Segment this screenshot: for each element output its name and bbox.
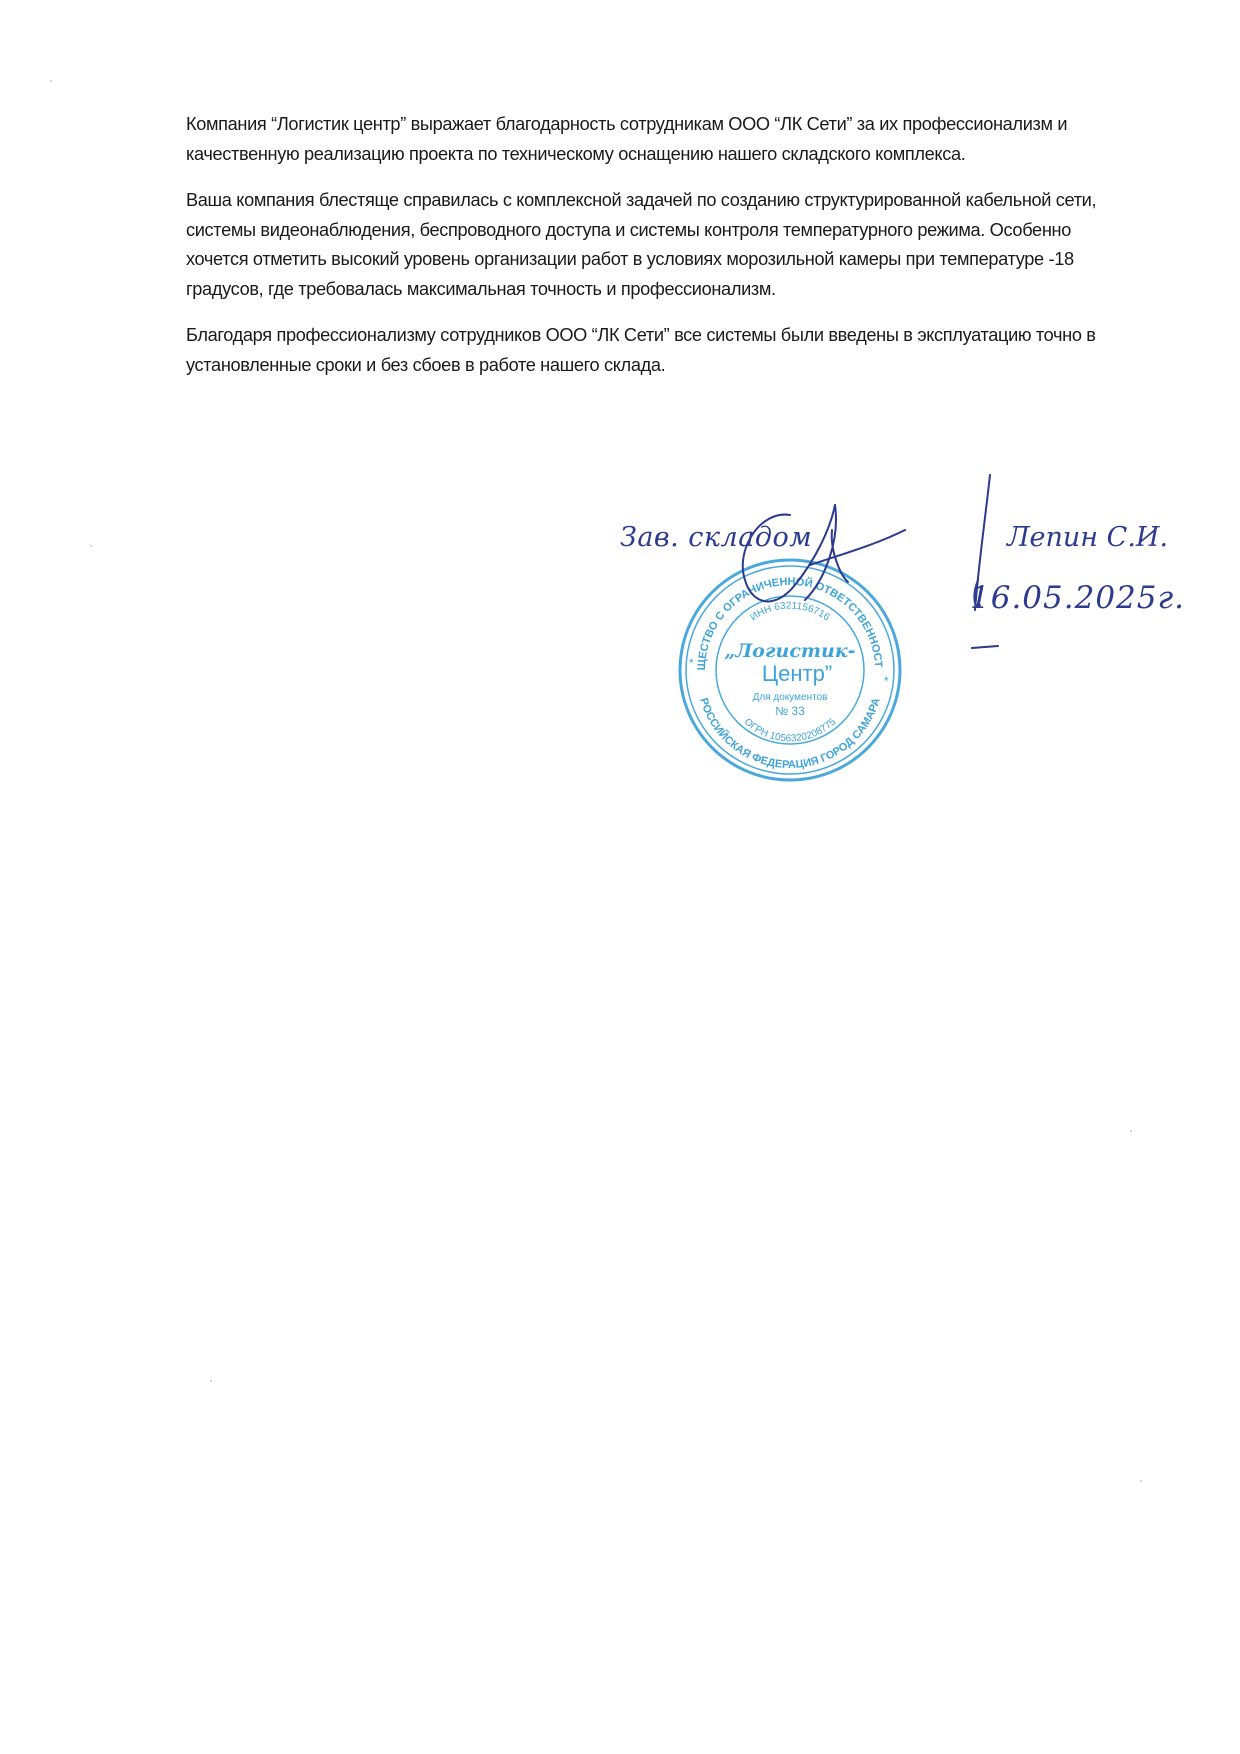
signatory-position: Зав. складом (620, 522, 812, 553)
letter-page: Компания “Логистик центр” выражает благо… (0, 0, 1240, 1754)
svg-text:Для документов: Для документов (753, 692, 828, 703)
svg-text:ИНН 6321156716: ИНН 6321156716 (749, 601, 832, 624)
paragraph-gratitude: Компания “Логистик центр” выражает благо… (186, 110, 1126, 169)
svg-text:Центр”: Центр” (762, 661, 832, 686)
svg-text:ОГРН 1056320208775: ОГРН 1056320208775 (742, 716, 839, 744)
signatory-name: Лепин С.И. (1007, 522, 1168, 553)
signature-date: 16.05.2025г. (970, 580, 1185, 616)
scan-speck (1140, 1480, 1142, 1482)
scan-speck (1130, 1130, 1132, 1132)
svg-text:*: * (689, 656, 694, 670)
paragraph-project-details: Ваша компания блестяще справилась с комп… (186, 186, 1126, 304)
svg-text:*: * (884, 674, 889, 688)
letter-body: Компания “Логистик центр” выражает благо… (186, 110, 1126, 397)
svg-text:№ 33: № 33 (775, 704, 805, 718)
stamp-seal-icon: ОБЩЕСТВО С ОГРАНИЧЕННОЙ ОТВЕТСТВЕННОСТЬЮ… (675, 555, 905, 785)
company-stamp: ОБЩЕСТВО С ОГРАНИЧЕННОЙ ОТВЕТСТВЕННОСТЬЮ… (675, 555, 905, 785)
scan-speck (210, 1380, 212, 1382)
paragraph-deadline: Благодаря профессионализму сотрудников О… (186, 321, 1126, 380)
scan-speck (90, 545, 92, 547)
scan-speck (50, 80, 52, 82)
svg-text:„Логистик-: „Логистик- (724, 640, 855, 662)
